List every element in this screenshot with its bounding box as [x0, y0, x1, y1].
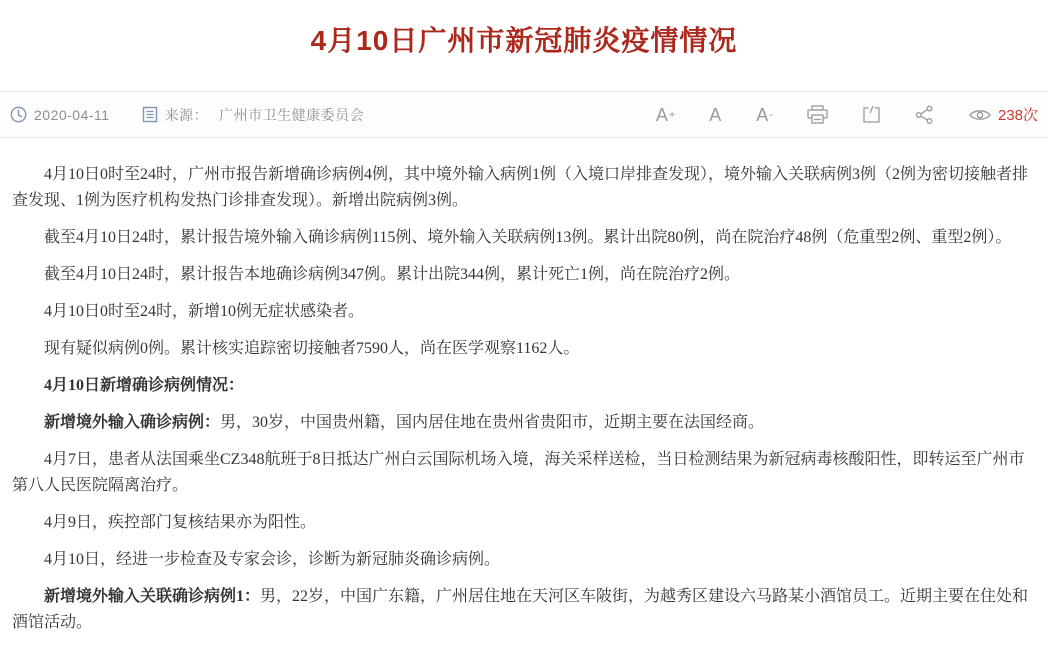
- article-paragraph: 4月10日0时至24时，新增10例无症状感染者。: [12, 299, 1036, 325]
- article-paragraph: 4月7日，患者从法国乘坐CZ348航班于8日抵达广州白云国际机场入境，海关采样送…: [12, 447, 1036, 499]
- font-increase-button[interactable]: A+: [656, 106, 675, 124]
- font-decrease-button[interactable]: A-: [756, 106, 773, 124]
- article-paragraph: 4月10日新增确诊病例情况：: [12, 373, 1036, 399]
- publish-date: 2020-04-11: [10, 106, 110, 123]
- export-icon: [862, 105, 881, 124]
- page-title: 4月10日广州市新冠肺炎疫情情况: [0, 0, 1048, 58]
- article-paragraph: 新增境外输入关联确诊病例1：男，22岁，中国广东籍，广州居住地在天河区车陂街，为…: [12, 584, 1036, 636]
- eye-icon: [968, 107, 992, 123]
- article-paragraph: 4月10日0时至24时，广州市报告新增确诊病例4例，其中境外输入病例1例（入境口…: [12, 162, 1036, 214]
- font-normal-button[interactable]: A: [709, 106, 722, 124]
- export-button[interactable]: [862, 105, 881, 124]
- printer-icon: [807, 105, 828, 124]
- article-paragraph: 新增境外输入确诊病例：男，30岁，中国贵州籍，国内居住地在贵州省贵阳市，近期主要…: [12, 410, 1036, 436]
- source: 来源： 广州市卫生健康委员会: [142, 105, 365, 125]
- document-icon: [142, 106, 158, 123]
- view-counter: 238次: [968, 104, 1038, 125]
- share-button[interactable]: [915, 105, 934, 124]
- article-paragraph: 截至4月10日24时，累计报告本地确诊病例347例。累计出院344例，累计死亡1…: [12, 262, 1036, 288]
- share-icon: [915, 105, 934, 124]
- article-body: 4月10日0时至24时，广州市报告新增确诊病例4例，其中境外输入病例1例（入境口…: [0, 138, 1048, 636]
- print-button[interactable]: [807, 105, 828, 124]
- meta-bar: 2020-04-11 来源： 广州市卫生健康委员会 A+ A A-: [0, 91, 1048, 138]
- article-paragraph: 现有疑似病例0例。累计核实追踪密切接触者7590人，尚在医学观察1162人。: [12, 336, 1036, 362]
- publish-date-text: 2020-04-11: [34, 107, 110, 123]
- source-name: 广州市卫生健康委员会: [219, 105, 364, 125]
- article-paragraph: 4月9日，疾控部门复核结果亦为阳性。: [12, 510, 1036, 536]
- clock-icon: [10, 106, 27, 123]
- view-count-text: 238次: [998, 104, 1038, 125]
- source-label: 来源：: [165, 105, 209, 125]
- article-paragraph: 截至4月10日24时，累计报告境外输入确诊病例115例、境外输入关联病例13例。…: [12, 225, 1036, 251]
- article-paragraph: 4月10日，经进一步检查及专家会诊，诊断为新冠肺炎确诊病例。: [12, 547, 1036, 573]
